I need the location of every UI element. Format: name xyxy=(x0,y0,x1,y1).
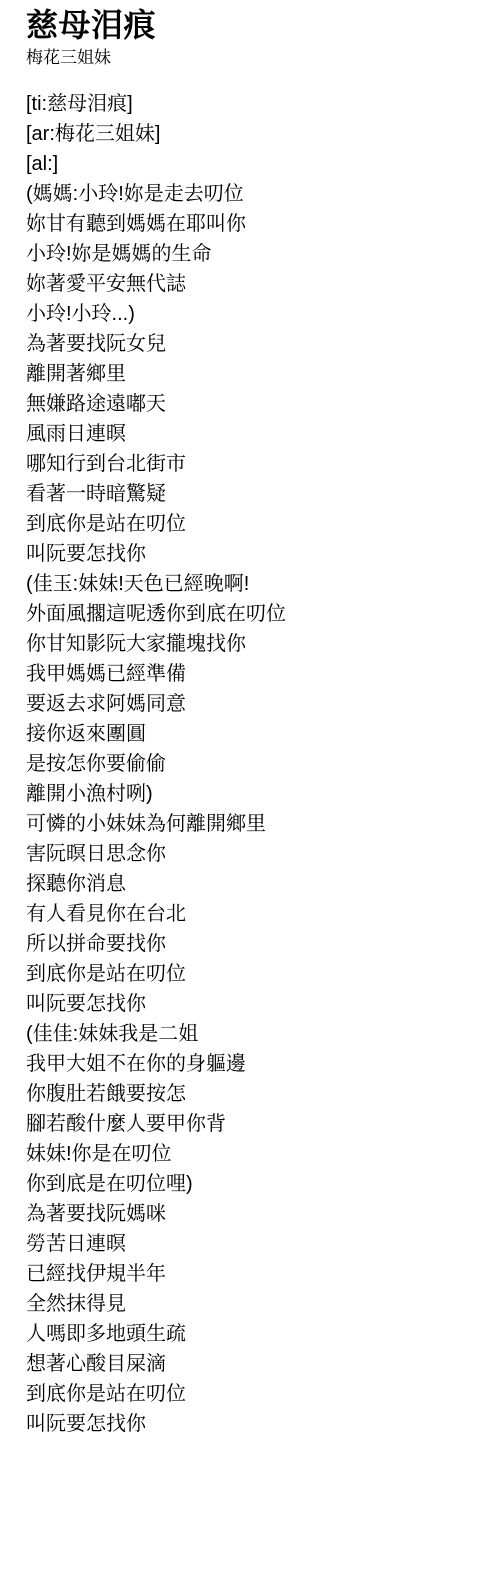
lyric-line: 叫阮要怎找你 xyxy=(26,989,480,1019)
lyric-line: 哪知行到台北街市 xyxy=(26,449,480,479)
lyrics-meta-lines: [ti:慈母泪痕] [ar:梅花三姐妹] [al:] xyxy=(26,89,480,179)
lyric-line: 叫阮要怎找你 xyxy=(26,539,480,569)
lyric-line: 人嗎即多地頭生疏 xyxy=(26,1319,480,1349)
lyric-line: 到底你是站在叨位 xyxy=(26,959,480,989)
lyrics-page: 慈母泪痕 梅花三姐妹 [ti:慈母泪痕] [ar:梅花三姐妹] [al:] (媽… xyxy=(0,0,500,1439)
lyric-line: (媽媽:小玲!妳是走去叨位 xyxy=(26,179,480,209)
lyric-line: 要返去求阿媽同意 xyxy=(26,689,480,719)
lyric-line: 全然抹得見 xyxy=(26,1289,480,1319)
lyric-meta-line: [al:] xyxy=(26,149,480,179)
lyric-line: 妳著愛平安無代誌 xyxy=(26,269,480,299)
lyric-line: 到底你是站在叨位 xyxy=(26,509,480,539)
lyric-line: 妳甘有聽到媽媽在耶叫你 xyxy=(26,209,480,239)
lyric-line: 離開小漁村咧) xyxy=(26,779,480,809)
lyric-line: 無嫌路途遠嘟天 xyxy=(26,389,480,419)
lyric-line: 可憐的小妹妹為何離開鄉里 xyxy=(26,809,480,839)
lyric-line: 我甲媽媽已經準備 xyxy=(26,659,480,689)
lyric-line: 妹妹!你是在叨位 xyxy=(26,1139,480,1169)
lyric-line: 你到底是在叨位哩) xyxy=(26,1169,480,1199)
lyric-line: 我甲大姐不在你的身軀邊 xyxy=(26,1049,480,1079)
lyric-line: 腳若酸什麼人要甲你背 xyxy=(26,1109,480,1139)
lyrics-lines: (媽媽:小玲!妳是走去叨位 妳甘有聽到媽媽在耶叫你 小玲!妳是媽媽的生命 妳著愛… xyxy=(26,179,480,1439)
lyric-line: 小玲!小玲...) xyxy=(26,299,480,329)
lyric-line: 叫阮要怎找你 xyxy=(26,1409,480,1439)
lyric-line: 探聽你消息 xyxy=(26,869,480,899)
lyric-line: 有人看見你在台北 xyxy=(26,899,480,929)
lyric-line: 你腹肚若餓要按怎 xyxy=(26,1079,480,1109)
lyric-line: 已經找伊規半年 xyxy=(26,1259,480,1289)
lyric-line: 到底你是站在叨位 xyxy=(26,1379,480,1409)
lyric-line: 你甘知影阮大家攏塊找你 xyxy=(26,629,480,659)
lyric-line: 外面風擱這呢透你到底在叨位 xyxy=(26,599,480,629)
lyric-line: 為著要找阮媽咪 xyxy=(26,1199,480,1229)
lyric-line: 是按怎你要偷偷 xyxy=(26,749,480,779)
lyric-meta-line: [ar:梅花三姐妹] xyxy=(26,119,480,149)
lyric-line: 為著要找阮女兒 xyxy=(26,329,480,359)
lyric-line: 勞苦日連暝 xyxy=(26,1229,480,1259)
lyric-line: 離開著鄉里 xyxy=(26,359,480,389)
lyric-line: 所以拼命要找你 xyxy=(26,929,480,959)
lyric-line: 看著一時暗驚疑 xyxy=(26,479,480,509)
artist-name: 梅花三姐妹 xyxy=(26,46,480,70)
lyric-line: 風雨日連暝 xyxy=(26,419,480,449)
song-title: 慈母泪痕 xyxy=(26,6,480,44)
lyric-line: 小玲!妳是媽媽的生命 xyxy=(26,239,480,269)
lyric-line: 想著心酸目屎滴 xyxy=(26,1349,480,1379)
lyrics-block: [ti:慈母泪痕] [ar:梅花三姐妹] [al:] (媽媽:小玲!妳是走去叨位… xyxy=(26,89,480,1439)
lyric-line: 害阮暝日思念你 xyxy=(26,839,480,869)
lyric-line: (佳玉:妹妹!天色已經晚啊! xyxy=(26,569,480,599)
lyric-meta-line: [ti:慈母泪痕] xyxy=(26,89,480,119)
lyric-line: (佳佳:妹妹我是二姐 xyxy=(26,1019,480,1049)
lyric-line: 接你返來團圓 xyxy=(26,719,480,749)
